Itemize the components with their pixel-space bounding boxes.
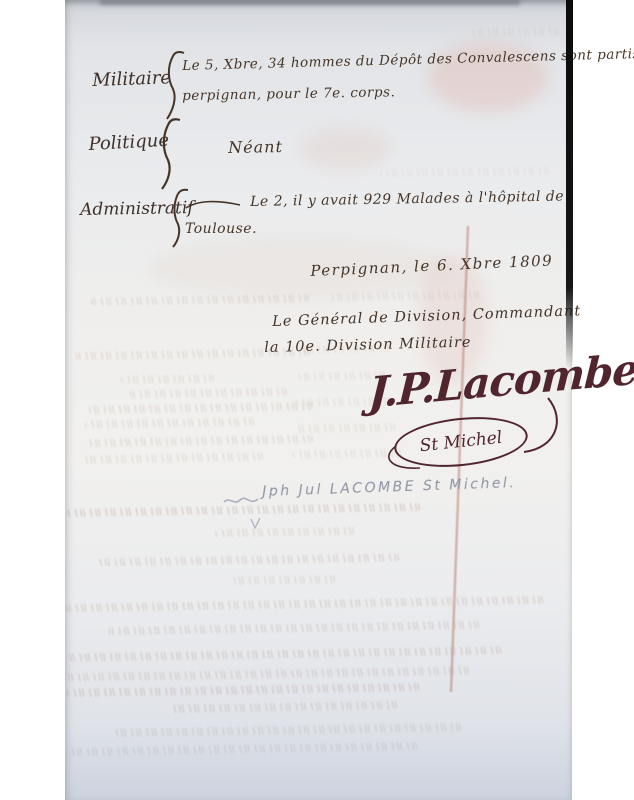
pencil-scribble-icon xyxy=(222,490,262,510)
scanned-document-photo: Militaire Le 5, Xbre, 34 hommes du Dépôt… xyxy=(0,0,634,800)
page-edge-line xyxy=(566,0,573,368)
pencil-check-icon xyxy=(248,516,264,532)
signature-flourish-name: St Michel xyxy=(419,428,503,457)
signature-flourish-icon xyxy=(0,0,634,800)
